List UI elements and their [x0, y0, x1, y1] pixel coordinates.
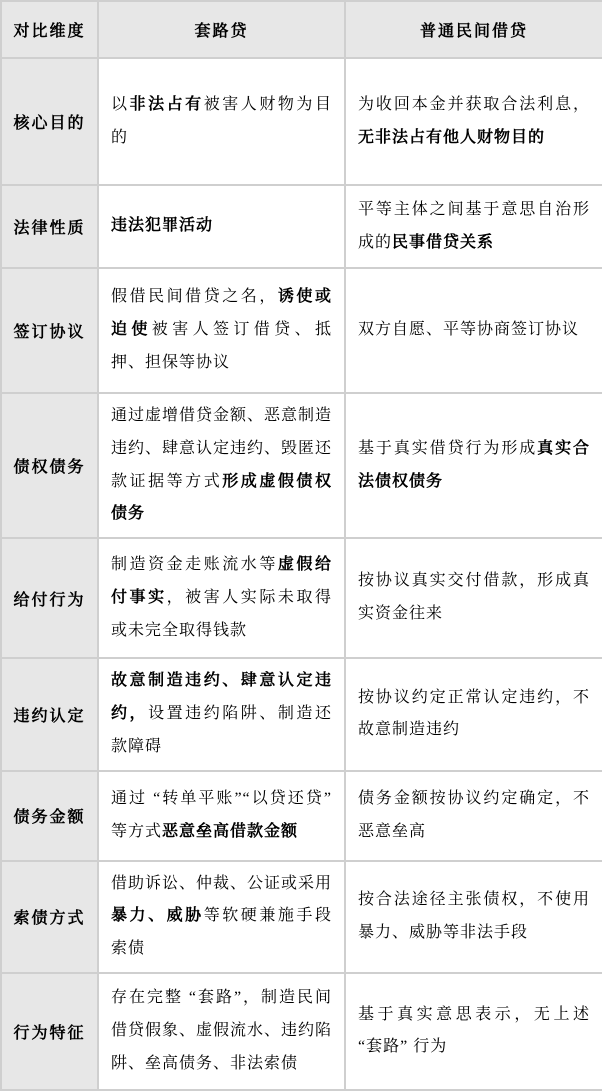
cell-taoludai: 借助诉讼、仲裁、公证或采用暴力、威胁等软硬兼施手段索债 [98, 861, 345, 973]
row-label: 行为特征 [1, 973, 98, 1090]
plain-text: 基于真实借贷行为形成 [358, 440, 537, 457]
plain-text: 借助诉讼、仲裁、公证或采用 [111, 875, 332, 892]
table-row: 给付行为制造资金走账流水等虚假给付事实，被害人实际未取得或未完全取得钱款按协议真… [1, 538, 602, 658]
header-ordinary-lending: 普通民间借贷 [345, 1, 602, 58]
plain-text: 按协议约定正常认定违约，不故意制造违约 [358, 689, 590, 739]
table-row: 债权债务通过虚增借贷金额、恶意制造违约、肆意认定违约、毁匿还款证据等方式形成虚假… [1, 393, 602, 538]
cell-ordinary-lending: 为收回本金并获取合法利息，无非法占有他人财物目的 [345, 58, 602, 185]
cell-taoludai: 通过 “转单平账”“以贷还贷” 等方式恶意垒高借款金额 [98, 771, 345, 861]
plain-text: 制造资金走账流水等 [111, 556, 278, 573]
emphasis-text: 恶意垒高借款金额 [162, 823, 298, 840]
emphasis-text: 无非法占有他人财物目的 [358, 129, 545, 146]
table-row: 法律性质违法犯罪活动平等主体之间基于意思自治形成的民事借贷关系 [1, 185, 602, 268]
row-label: 违约认定 [1, 658, 98, 770]
cell-taoludai: 故意制造违约、肆意认定违约，设置违约陷阱、制造还款障碍 [98, 658, 345, 770]
plain-text: 基于真实意思表示，无上述 “套路” 行为 [358, 1006, 590, 1056]
row-label: 索债方式 [1, 861, 98, 973]
emphasis-text: 暴力、威胁 [111, 907, 204, 924]
cell-ordinary-lending: 基于真实意思表示，无上述 “套路” 行为 [345, 973, 602, 1090]
cell-ordinary-lending: 按协议约定正常认定违约，不故意制造违约 [345, 658, 602, 770]
row-label: 给付行为 [1, 538, 98, 658]
table-row: 债务金额通过 “转单平账”“以贷还贷” 等方式恶意垒高借款金额债务金额按协议约定… [1, 771, 602, 861]
emphasis-text: 民事借贷关系 [392, 234, 494, 251]
cell-taoludai: 通过虚增借贷金额、恶意制造违约、肆意认定违约、毁匿还款证据等方式形成虚假债权债务 [98, 393, 345, 538]
row-label: 法律性质 [1, 185, 98, 268]
cell-ordinary-lending: 双方自愿、平等协商签订协议 [345, 268, 602, 393]
row-label: 核心目的 [1, 58, 98, 185]
emphasis-text: 违法犯罪活动 [111, 217, 213, 234]
cell-taoludai: 存在完整 “套路”，制造民间借贷假象、虚假流水、违约陷阱、垒高债务、非法索债 [98, 973, 345, 1090]
cell-ordinary-lending: 平等主体之间基于意思自治形成的民事借贷关系 [345, 185, 602, 268]
table-row: 行为特征存在完整 “套路”，制造民间借贷假象、虚假流水、违约陷阱、垒高债务、非法… [1, 973, 602, 1090]
cell-taoludai: 以非法占有被害人财物为目的 [98, 58, 345, 185]
plain-text: 假借民间借贷之名， [111, 288, 278, 305]
cell-ordinary-lending: 债务金额按协议约定确定，不恶意垒高 [345, 771, 602, 861]
cell-ordinary-lending: 按协议真实交付借款，形成真实资金往来 [345, 538, 602, 658]
header-row: 对比维度 套路贷 普通民间借贷 [1, 1, 602, 58]
table-row: 核心目的以非法占有被害人财物为目的为收回本金并获取合法利息，无非法占有他人财物目… [1, 58, 602, 185]
plain-text: 为收回本金并获取合法利息， [358, 96, 590, 113]
comparison-table: 对比维度 套路贷 普通民间借贷 核心目的以非法占有被害人财物为目的为收回本金并获… [0, 0, 602, 1091]
table-row: 索债方式借助诉讼、仲裁、公证或采用暴力、威胁等软硬兼施手段索债按合法途径主张债权… [1, 861, 602, 973]
cell-taoludai: 违法犯罪活动 [98, 185, 345, 268]
cell-taoludai: 假借民间借贷之名，诱使或迫使被害人签订借贷、抵押、担保等协议 [98, 268, 345, 393]
emphasis-text: 非法占有 [130, 96, 204, 113]
cell-taoludai: 制造资金走账流水等虚假给付事实，被害人实际未取得或未完全取得钱款 [98, 538, 345, 658]
cell-ordinary-lending: 基于真实借贷行为形成真实合法债权债务 [345, 393, 602, 538]
plain-text: 按合法途径主张债权，不使用暴力、威胁等非法手段 [358, 891, 590, 941]
row-label: 债权债务 [1, 393, 98, 538]
table-row: 违约认定故意制造违约、肆意认定违约，设置违约陷阱、制造还款障碍按协议约定正常认定… [1, 658, 602, 770]
header-taoludai: 套路贷 [98, 1, 345, 58]
plain-text: 按协议真实交付借款，形成真实资金往来 [358, 572, 590, 622]
plain-text: 存在完整 “套路”，制造民间借贷假象、虚假流水、违约陷阱、垒高债务、非法索债 [111, 989, 332, 1072]
table-body: 核心目的以非法占有被害人财物为目的为收回本金并获取合法利息，无非法占有他人财物目… [1, 58, 602, 1090]
plain-text: 双方自愿、平等协商签订协议 [358, 321, 579, 338]
plain-text: 以 [111, 96, 130, 113]
cell-ordinary-lending: 按合法途径主张债权，不使用暴力、威胁等非法手段 [345, 861, 602, 973]
row-label: 签订协议 [1, 268, 98, 393]
table-row: 签订协议假借民间借贷之名，诱使或迫使被害人签订借贷、抵押、担保等协议双方自愿、平… [1, 268, 602, 393]
row-label: 债务金额 [1, 771, 98, 861]
plain-text: 债务金额按协议约定确定，不恶意垒高 [358, 790, 590, 840]
header-dimension: 对比维度 [1, 1, 98, 58]
